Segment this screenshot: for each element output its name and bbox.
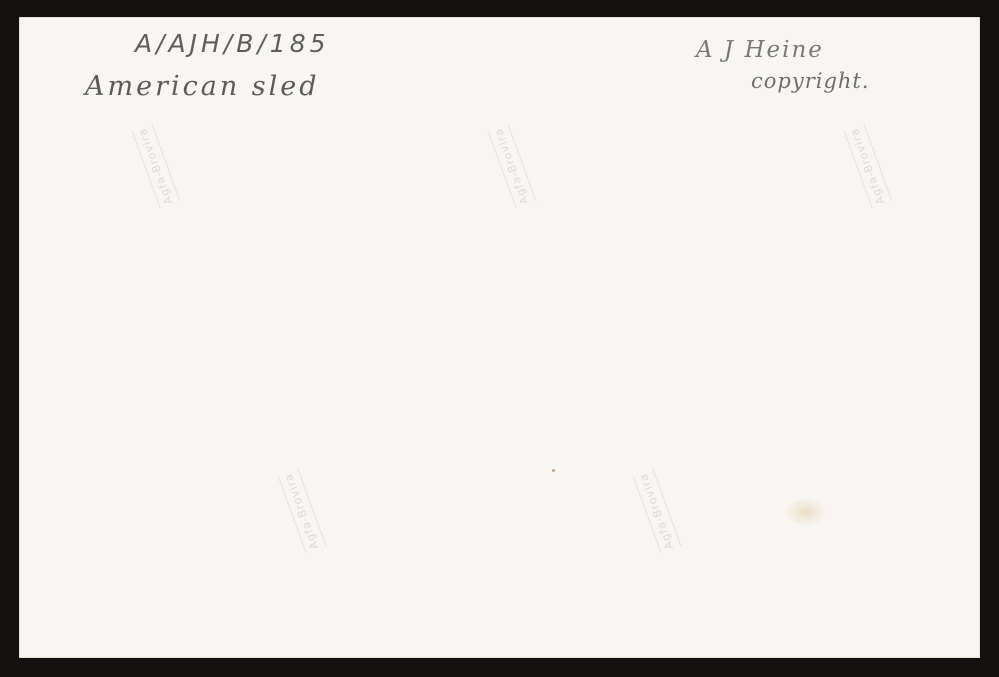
paper-watermark: Agfa-Brovira [844,124,893,209]
watermark-text: Agfa-Brovira [136,126,176,206]
reference-number: A/AJH/B/185 [135,29,330,58]
paper-watermark: Agfa-Brovira [278,469,327,554]
paper-watermark: Agfa-Brovira [132,124,181,209]
photographer-signature: A J Heine [696,37,824,63]
foxing-stain [787,499,825,525]
paper-watermark: Agfa-Brovira [633,469,682,554]
photo-back-viewer: A/AJH/B/185 American sled A J Heine copy… [0,0,999,677]
watermark-text: Agfa-Brovira [848,126,888,206]
photo-card-reverse: A/AJH/B/185 American sled A J Heine copy… [19,17,980,658]
watermark-text: Agfa-Brovira [492,126,532,206]
copyright-note: copyright. [751,69,870,93]
watermark-text: Agfa-Brovira [637,471,677,551]
paper-speck [552,469,555,472]
caption-handwritten: American sled [85,71,320,102]
paper-watermark: Agfa-Brovira [488,124,537,209]
watermark-text: Agfa-Brovira [282,471,322,551]
